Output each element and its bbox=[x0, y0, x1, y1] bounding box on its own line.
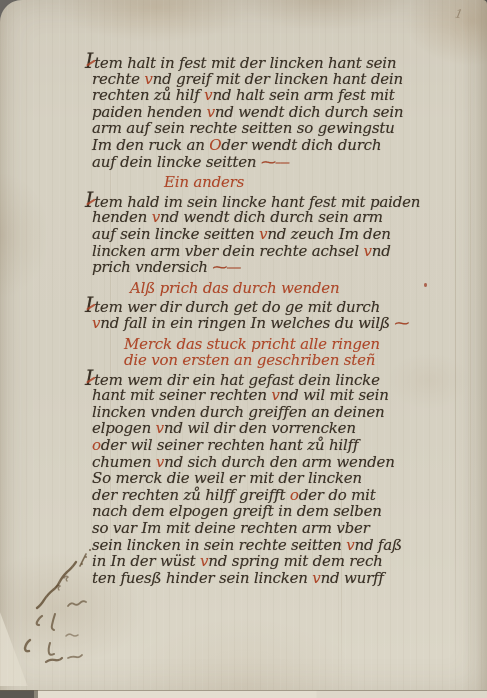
text-line: ten fuesß hinder sein lincken vnd wurff bbox=[92, 570, 448, 587]
paragraph-wer-dir-durch-get: Item wer dir durch get do ge mit durchvn… bbox=[92, 298, 448, 331]
rubric-ein-anders: Ein anders bbox=[92, 174, 448, 191]
text-line: lincken vnden durch greiffen an deinen bbox=[92, 404, 448, 421]
text-line: Item wem dir ein hat gefast dein lincke bbox=[92, 371, 448, 388]
manuscript-page: 1 Item halt in fest mit der lincken hant… bbox=[0, 0, 487, 692]
text-line: vnd fall in ein ringen In welches du wil… bbox=[92, 315, 448, 332]
text-line: chumen vnd sich durch den arm wenden bbox=[92, 454, 448, 471]
manuscript-photo: 1 Item halt in fest mit der lincken hant… bbox=[0, 0, 487, 698]
text-line: so var Im mit deine rechten arm vber bbox=[92, 520, 448, 537]
text-line: arm auf sein rechte seitten so gewingstu bbox=[92, 120, 448, 137]
text-line: prich vndersich ⁓— bbox=[92, 259, 448, 276]
text-line: nach dem elpogen greift in dem selben bbox=[92, 503, 448, 520]
text-line: elpogen vnd wil dir den vorrencken bbox=[92, 420, 448, 437]
text-line: rechte vnd greif mit der lincken hant de… bbox=[92, 71, 448, 88]
text-line: auf sein lincke seitten vnd zeuch Im den bbox=[92, 226, 448, 243]
text-line: paiden henden vnd wendt dich durch sein bbox=[92, 104, 448, 121]
book-bottom-edge bbox=[0, 690, 487, 698]
text-line: Item hald im sein lincke hant fest mit p… bbox=[92, 193, 448, 210]
red-ink-speck bbox=[424, 283, 427, 287]
paragraph-wem-dir-ein-hat-gefast: Item wem dir ein hat gefast dein linckeh… bbox=[92, 371, 448, 587]
text-line: rechten zů hilf vnd halt sein arm fest m… bbox=[92, 87, 448, 104]
rubric-line: Merck das stuck pricht alle ringen bbox=[124, 336, 448, 353]
text-line: Im den ruck an Oder wendt dich durch bbox=[92, 137, 448, 154]
text-line: in In der wüst vnd spring mit dem rech bbox=[92, 553, 448, 570]
text-line: auf dein lincke seitten ⁓— bbox=[92, 154, 448, 171]
text-line: henden vnd wendt dich durch sein arm bbox=[92, 209, 448, 226]
text-line: So merck die weil er mit der lincken bbox=[92, 470, 448, 487]
text-line: sein lincken in sein rechte seitten vnd … bbox=[92, 537, 448, 554]
text-block: Item halt in fest mit der lincken hant s… bbox=[92, 54, 448, 586]
paragraph-halt-in-fest: Item halt in fest mit der lincken hant s… bbox=[92, 54, 448, 170]
text-line: Item wer dir durch get do ge mit durch bbox=[92, 298, 448, 315]
margin-ruling-line bbox=[455, 60, 456, 660]
text-line: hant mit seiner rechten vnd wil mit sein bbox=[92, 387, 448, 404]
page-edge-line bbox=[470, 0, 471, 698]
text-line: der rechten zů hilff greifft oder do mit bbox=[92, 487, 448, 504]
rubric-line: Alß prich das durch wenden bbox=[130, 280, 448, 297]
under-page-sliver bbox=[0, 602, 60, 686]
folio-mark: 1 bbox=[454, 6, 464, 21]
text-line: lincken arm vber dein rechte achsel vnd bbox=[92, 243, 448, 260]
rubric-als-prich-das-durch-wenden: Alß prich das durch wenden bbox=[92, 280, 448, 297]
rubric-line: die von ersten an geschriben steñ bbox=[124, 352, 448, 369]
text-line: Item halt in fest mit der lincken hant s… bbox=[92, 54, 448, 71]
text-line: oder wil seiner rechten hant zů hilff bbox=[92, 437, 448, 454]
rubric-line: Ein anders bbox=[164, 174, 448, 191]
rubric-merck-das-stuck: Merck das stuck pricht alle ringendie vo… bbox=[92, 336, 448, 369]
paragraph-hald-im-sein-lincke: Item hald im sein lincke hant fest mit p… bbox=[92, 193, 448, 276]
